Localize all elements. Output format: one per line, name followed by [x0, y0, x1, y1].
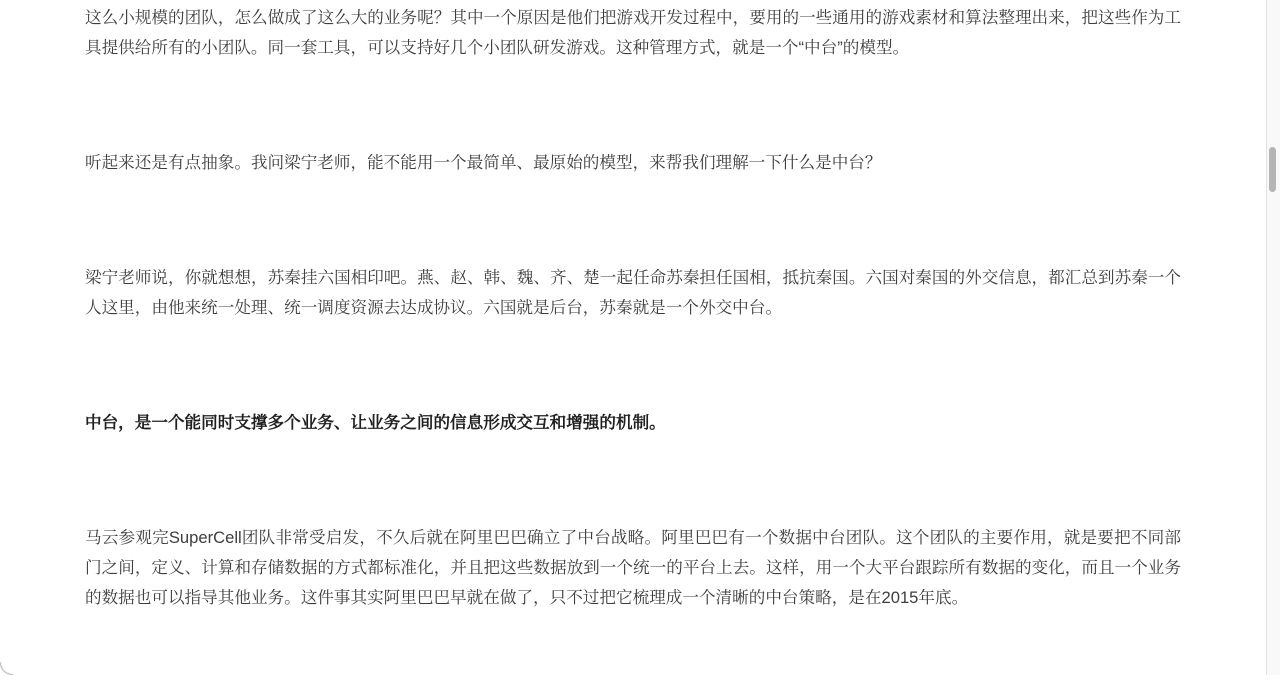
article-paragraph-emphasis: 中台，是一个能同时支撑多个业务、让业务之间的信息形成交互和增强的机制。	[85, 408, 1181, 438]
article-paragraph: 马云参观完SuperCell团队非常受启发，不久后就在阿里巴巴确立了中台战略。阿…	[85, 523, 1181, 613]
article-paragraph: 梁宁老师说，你就想想，苏秦挂六国相印吧。燕、赵、韩、魏、齐、楚一起任命苏秦担任国…	[85, 263, 1181, 323]
article-paragraph: 听起来还是有点抽象。我问梁宁老师，能不能用一个最简单、最原始的模型，来帮我们理解…	[85, 148, 1181, 178]
window-corner-decoration	[0, 662, 13, 675]
vertical-scrollbar-track[interactable]	[1266, 0, 1280, 675]
reading-pane: 这么小规模的团队，怎么做成了这么大的业务呢？其中一个原因是他们把游戏开发过程中，…	[0, 0, 1266, 675]
vertical-scrollbar-thumb[interactable]	[1269, 147, 1276, 192]
article-body: 这么小规模的团队，怎么做成了这么大的业务呢？其中一个原因是他们把游戏开发过程中，…	[85, 3, 1181, 675]
article-paragraph: 这么小规模的团队，怎么做成了这么大的业务呢？其中一个原因是他们把游戏开发过程中，…	[85, 3, 1181, 63]
